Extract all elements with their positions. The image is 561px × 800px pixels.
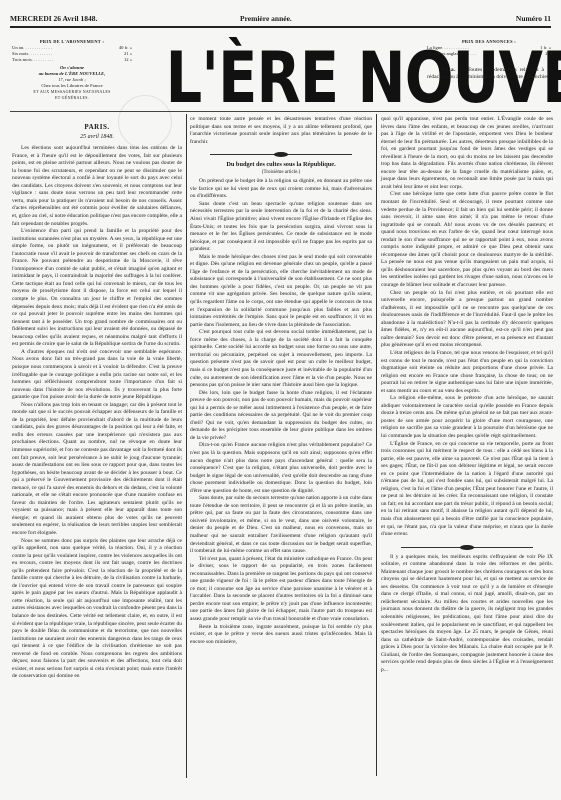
paragraph: Dira-t-on qu'en France aucune religion n… <box>190 442 372 495</box>
paragraph: Dès lors, loin que le budget fasse la ho… <box>190 390 372 443</box>
column-2: ce moment toute autre pensée et les désa… <box>190 116 372 646</box>
issue-date: MERCREDI 26 Avril 1848. <box>10 14 97 23</box>
section-date: 25 avril 1848. <box>12 134 182 142</box>
subscription-box: PRIX DE L'ABONNEMENT : Un an. . . . . . … <box>12 39 132 101</box>
nota-label: Nota. <box>441 67 456 73</box>
ornament-divider <box>401 545 533 550</box>
advertising-box: PRIX DES ANNONCES : La ligne. . . . . . … <box>427 39 551 82</box>
paragraph: Reste la troisième zone, ingrate assurém… <box>190 624 372 647</box>
row-label: Trois mois. . . . . . . . . . <box>12 57 53 63</box>
article-title: Du budget des cultes sous la République. <box>190 161 372 169</box>
advertising-row: Annonces anglaises. . . . . .2 » <box>427 51 551 57</box>
row-label: Annonces anglaises. . . . . . <box>427 51 476 57</box>
subscription-line: ET GÉNÉRALES. <box>12 95 132 101</box>
paragraph: A d'autres époques nul n'eût osé concevo… <box>12 349 182 402</box>
masthead-rule <box>10 111 551 112</box>
paragraph: Sans doute c'est un beau spectacle qu'un… <box>190 201 372 254</box>
paragraph: On prétend que le budget ôte à la religi… <box>190 178 372 201</box>
issue-number: Numéro 11 <box>516 14 551 23</box>
column-divider <box>186 114 187 778</box>
section-heading: PARIS. <box>12 124 182 132</box>
paragraph: C'est une héroïque lutte que cette lutte… <box>381 191 553 289</box>
column-3: quoi qu'il apparaisse, n'est pas perdu t… <box>381 116 553 674</box>
ornament-divider <box>210 152 352 157</box>
issue-year: Première année. <box>240 14 292 23</box>
paragraph: Tel n'est pas, quant à présent, l'état d… <box>190 556 372 624</box>
article-subtitle: (Troisième article.) <box>190 169 372 177</box>
subscription-row: Trois mois. . . . . . . . . .12 » <box>12 57 132 63</box>
paragraph: Nous n'allons pas trop loin en tenant ce… <box>12 402 182 538</box>
paragraph: Chez un peuple où la foi n'est plus enti… <box>381 290 553 350</box>
paragraph: Mais le mode héroïque des choses n'est p… <box>190 254 372 329</box>
paragraph: Il y a quelques mois, les meilleurs espr… <box>381 554 553 675</box>
paragraph: L'Église de France, en ce qui concerne s… <box>381 441 553 539</box>
column-divider <box>376 114 377 776</box>
paragraph: Nous ne sommes donc pas surpris des plai… <box>12 538 182 681</box>
nota-note: Nota. — Toutes les demandes relatives à … <box>427 67 551 82</box>
paragraph: Les élections sont aujourd'hui terminées… <box>12 145 182 228</box>
column-1: PARIS. 25 avril 1848. Les élections sont… <box>12 124 182 681</box>
paragraph: L'état religieux de la France, tel que n… <box>381 350 553 395</box>
row-value: 12 » <box>124 57 132 63</box>
newspaper-page: MERCREDI 26 Avril 1848. Première année. … <box>0 0 561 800</box>
paragraph: Sans doute, par suite du secours terrest… <box>190 495 372 555</box>
paragraph: ce moment toute autre pensée et les désa… <box>190 116 372 146</box>
paragraph: L'existence d'un parti qui prend la fami… <box>12 228 182 349</box>
row-value: 2 » <box>545 51 551 57</box>
top-rule <box>10 26 551 28</box>
dateline-bar: MERCREDI 26 Avril 1848. Première année. … <box>10 12 551 26</box>
paragraph: La religion elle-même, sous le prétexte … <box>381 395 553 440</box>
paragraph: quoi qu'il apparaisse, n'est pas perdu t… <box>381 116 553 191</box>
paragraph: C'est pourquoi tout culte qui est devenu… <box>190 329 372 389</box>
